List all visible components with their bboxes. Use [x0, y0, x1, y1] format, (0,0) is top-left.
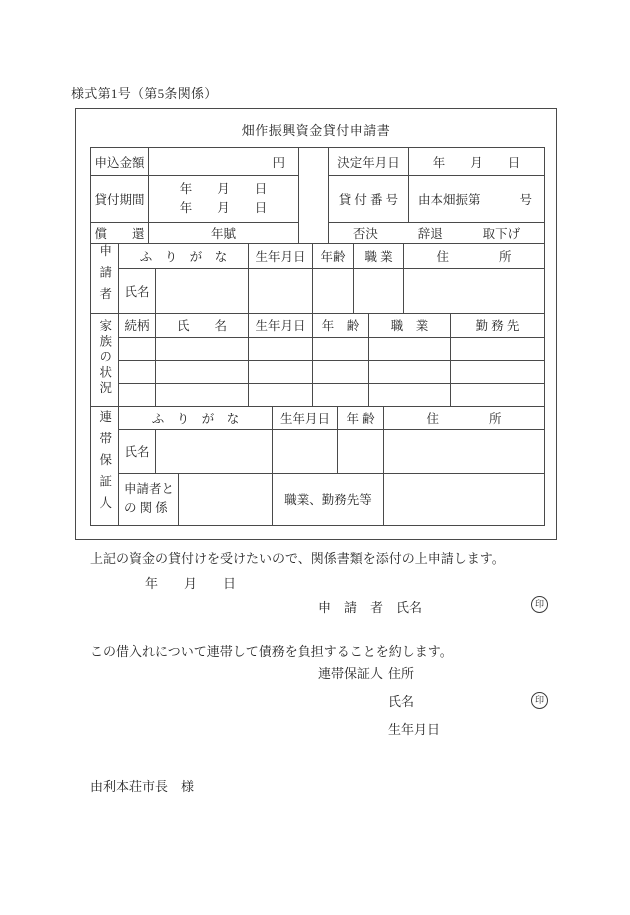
- application-date-line: 年 月 日: [145, 573, 236, 592]
- status-rejected: 否決: [353, 224, 378, 242]
- summary-row-1: 申込金額 円 決定年月日 年 月 日: [91, 148, 545, 176]
- guarantor-age-header: 年 齢: [338, 406, 384, 429]
- family-table: 家族の状況 続柄 氏 名 生年月日 年 齢 職 業 勤 務 先: [90, 313, 545, 407]
- form-border-box: 畑作振興資金貸付申請書 申込金額 円 決定年月日 年 月 日 貸付期間 年 月 …: [75, 108, 557, 540]
- guarantor-birth-label: 生年月日: [388, 719, 440, 747]
- applicant-side-label: 申請者: [91, 244, 119, 314]
- amount-value-cell: 円: [149, 148, 299, 176]
- seal-icon: 印: [531, 692, 548, 709]
- guarantor-signature-label: 連帯保証人: [318, 663, 388, 747]
- guarantor-name-label: 氏名: [119, 429, 156, 473]
- applicant-birth-header: 生年月日: [249, 244, 313, 269]
- guarantor-statement: この借入れについて連帯して債務を負担することを約します。: [90, 641, 453, 660]
- period-value-cell: 年 月 日 年 月 日: [149, 176, 299, 223]
- guarantor-job-label: 職業、勤務先等: [273, 473, 384, 525]
- spacer-cell: [299, 148, 329, 244]
- family-age-cell: [313, 383, 369, 406]
- addressee-line: 由利本荘市長 様: [90, 776, 194, 795]
- guarantor-address-label: 住所: [388, 663, 440, 691]
- family-side-label: 家族の状況: [91, 313, 119, 406]
- family-relation-cell: [119, 337, 156, 360]
- family-relation-header: 続柄: [119, 313, 156, 337]
- family-header-row: 家族の状況 続柄 氏 名 生年月日 年 齢 職 業 勤 務 先: [91, 313, 545, 337]
- guarantor-relation-row: 申請者と の 関 係 職業、勤務先等: [91, 473, 545, 525]
- family-job-header: 職 業: [369, 313, 451, 337]
- form-title: 畑作振興資金貸付申請書: [76, 120, 556, 139]
- family-name-cell: [156, 337, 249, 360]
- guarantor-table: 連帯保証人 ふ り が な 生年月日 年 齢 住 所 氏名 申請者と の 関 係…: [90, 406, 545, 526]
- family-row-2: [91, 360, 545, 383]
- applicant-name-label: 氏名: [119, 268, 156, 313]
- repayment-label: 償 還: [91, 223, 149, 244]
- family-row-1: [91, 337, 545, 360]
- family-job-cell: [369, 383, 451, 406]
- family-workplace-cell: [451, 337, 545, 360]
- guarantor-header-row: 連帯保証人 ふ り が な 生年月日 年 齢 住 所: [91, 406, 545, 429]
- guarantor-signature-lines: 住所 氏名 生年月日: [388, 663, 440, 747]
- loan-number-prefix: 由本畑振第: [418, 190, 481, 208]
- status-cell: 否決 辞退 取下げ: [329, 223, 545, 244]
- applicant-age-cell: [313, 268, 354, 313]
- applicant-age-header: 年齢: [313, 244, 354, 269]
- guarantor-signature-block: 連帯保証人 住所 氏名 生年月日: [318, 663, 440, 747]
- decision-date-label: 決定年月日: [329, 148, 409, 176]
- family-job-cell: [369, 360, 451, 383]
- summary-table: 申込金額 円 決定年月日 年 月 日 貸付期間 年 月 日 年 月 日 貸 付 …: [90, 147, 545, 244]
- form-page: { "colors": { "line": "#4a4a4a", "ink": …: [0, 0, 630, 915]
- applicant-statement: 上記の資金の貸付けを受けたいので、関係書類を添付の上申請します。: [90, 548, 505, 567]
- guarantor-name-label: 氏名: [388, 691, 440, 719]
- family-workplace-cell: [451, 360, 545, 383]
- family-birth-cell: [249, 337, 313, 360]
- status-withdrawn: 取下げ: [483, 224, 521, 242]
- guarantor-side-label: 連帯保証人: [91, 406, 119, 525]
- loan-number-cell: 由本畑振第 号: [409, 176, 545, 223]
- guarantor-age-cell: [338, 429, 384, 473]
- applicant-table: 申請者 ふ り が な 生年月日 年齢 職 業 住 所 氏名: [90, 243, 545, 314]
- loan-number-line: 由本畑振第 号: [409, 190, 544, 208]
- family-name-cell: [156, 360, 249, 383]
- form-tables: 申込金額 円 決定年月日 年 月 日 貸付期間 年 月 日 年 月 日 貸 付 …: [90, 147, 544, 526]
- applicant-job-cell: [354, 268, 404, 313]
- form-code: 様式第1号（第5条関係）: [71, 83, 218, 102]
- family-name-cell: [156, 383, 249, 406]
- family-birth-header: 生年月日: [249, 313, 313, 337]
- loan-number-unit: 号: [519, 190, 532, 208]
- family-relation-cell: [119, 383, 156, 406]
- guarantor-name-cell: [156, 429, 273, 473]
- family-age-cell: [313, 360, 369, 383]
- applicant-name-row: 氏名: [91, 268, 545, 313]
- repayment-value-cell: 年賦: [149, 223, 299, 244]
- guarantor-name-row: 氏名: [91, 429, 545, 473]
- family-workplace-header: 勤 務 先: [451, 313, 545, 337]
- family-job-cell: [369, 337, 451, 360]
- family-row-3: [91, 383, 545, 406]
- loan-number-label: 貸 付 番 号: [329, 176, 409, 223]
- applicant-signature-label: 申 請 者 氏名: [318, 597, 422, 616]
- guarantor-relation-cell: [179, 473, 273, 525]
- applicant-address-cell: [404, 268, 545, 313]
- seal-icon: 印: [531, 596, 548, 613]
- period-label: 貸付期間: [91, 176, 149, 223]
- decision-date-value-cell: 年 月 日: [409, 148, 545, 176]
- guarantor-job-cell: [384, 473, 545, 525]
- applicant-address-header: 住 所: [404, 244, 545, 269]
- guarantor-birth-cell: [273, 429, 338, 473]
- guarantor-birth-header: 生年月日: [273, 406, 338, 429]
- applicant-furigana-header: ふ り が な: [119, 244, 249, 269]
- guarantor-address-header: 住 所: [384, 406, 545, 429]
- family-birth-cell: [249, 383, 313, 406]
- guarantor-address-cell: [384, 429, 545, 473]
- status-declined: 辞退: [418, 224, 443, 242]
- applicant-job-header: 職 業: [354, 244, 404, 269]
- family-birth-cell: [249, 360, 313, 383]
- family-relation-cell: [119, 360, 156, 383]
- status-options: 否決 辞退 取下げ: [329, 224, 544, 242]
- family-name-header: 氏 名: [156, 313, 249, 337]
- applicant-header-row: 申請者 ふ り が な 生年月日 年齢 職 業 住 所: [91, 244, 545, 269]
- applicant-name-cell: [156, 268, 249, 313]
- family-workplace-cell: [451, 383, 545, 406]
- family-age-cell: [313, 337, 369, 360]
- family-age-header: 年 齢: [313, 313, 369, 337]
- guarantor-furigana-header: ふ り が な: [119, 406, 273, 429]
- applicant-birth-cell: [249, 268, 313, 313]
- amount-label: 申込金額: [91, 148, 149, 176]
- guarantor-relation-label: 申請者と の 関 係: [119, 473, 179, 525]
